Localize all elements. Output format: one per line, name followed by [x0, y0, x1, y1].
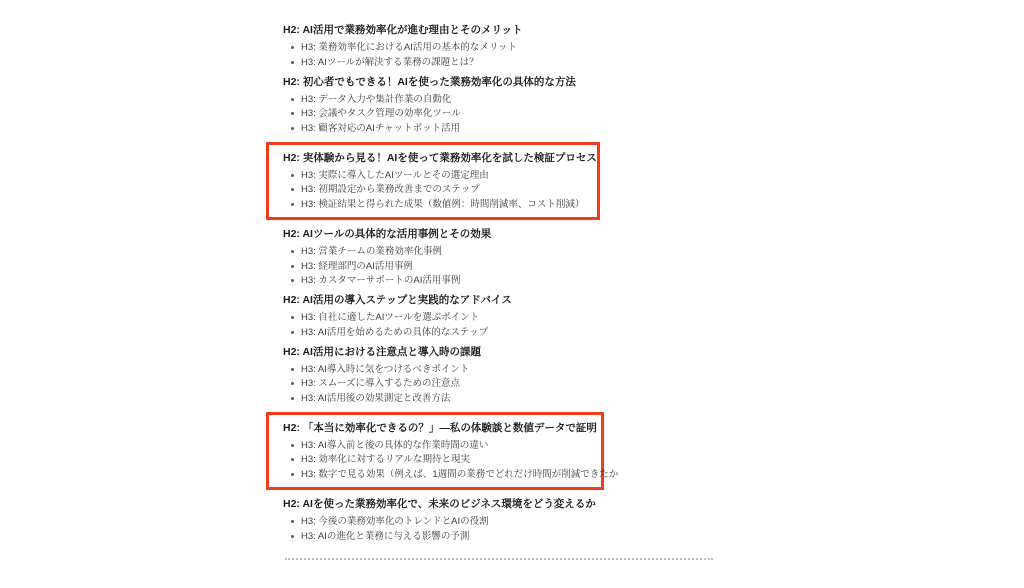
- h3-item: H3: データ入力や集計作業の自動化: [283, 94, 723, 105]
- bullet-icon: [291, 250, 294, 253]
- bullet-icon: [291, 458, 294, 461]
- h3-item: H3: 業務効率化におけるAI活用の基本的なメリット: [283, 42, 723, 53]
- bullet-icon: [291, 316, 294, 319]
- h3-text: H3: 今後の業務効率化のトレンドとAIの役割: [301, 516, 489, 527]
- h3-text: H3: 効率化に対するリアルな期待と現実: [301, 454, 470, 465]
- bullet-icon: [291, 174, 294, 177]
- h2-heading: H2: 「本当に効率化できるの？」—私の体験談と数値データで証明: [283, 422, 593, 435]
- h3-item: H3: 実際に導入したAIツールとその選定理由: [283, 170, 589, 181]
- bullet-icon: [291, 382, 294, 385]
- h3-text: H3: AI活用を始めるための具体的なステップ: [301, 327, 488, 338]
- bullet-icon: [291, 112, 294, 115]
- bullet-icon: [291, 397, 294, 400]
- h3-item: H3: AI活用後の効果測定と改善方法: [283, 393, 723, 404]
- h3-item: H3: AI活用を始めるための具体的なステップ: [283, 327, 723, 338]
- h3-item: H3: 顧客対応のAIチャットボット活用: [283, 123, 723, 134]
- h3-item: H3: 初期設定から業務改善までのステップ: [283, 184, 589, 195]
- h3-text: H3: 実際に導入したAIツールとその選定理由: [301, 170, 489, 181]
- h3-list: H3: 業務効率化におけるAI活用の基本的なメリット H3: AIツールが解決す…: [283, 42, 723, 68]
- bullet-icon: [291, 279, 294, 282]
- h3-item: H3: 今後の業務効率化のトレンドとAIの役割: [283, 516, 723, 527]
- h3-item: H3: AIの進化と業務に与える影響の予測: [283, 531, 723, 542]
- h3-text: H3: データ入力や集計作業の自動化: [301, 94, 451, 105]
- bullet-icon: [291, 46, 294, 49]
- h3-text: H3: 業務効率化におけるAI活用の基本的なメリット: [301, 42, 517, 53]
- h3-item: H3: 数字で見る効果（例えば、1週間の業務でどれだけ時間が削減できたか: [283, 469, 593, 480]
- h2-heading: H2: AI活用における注意点と導入時の課題: [283, 346, 723, 359]
- bullet-icon: [291, 127, 294, 130]
- h3-list: H3: 自社に適したAIツールを選ぶポイント H3: AI活用を始めるための具体…: [283, 312, 723, 338]
- outline-section-4: H2: AIツールの具体的な活用事例とその効果 H3: 営業チームの業務効率化事…: [283, 228, 723, 286]
- h2-heading: H2: AIツールの具体的な活用事例とその効果: [283, 228, 723, 241]
- h3-item: H3: 経理部門のAI活用事例: [283, 261, 723, 272]
- dotted-divider: [285, 558, 713, 560]
- h3-list: H3: 実際に導入したAIツールとその選定理由 H3: 初期設定から業務改善まで…: [283, 170, 589, 210]
- bullet-icon: [291, 203, 294, 206]
- bullet-icon: [291, 444, 294, 447]
- h2-heading: H2: 初心者でもできる！AIを使った業務効率化の具体的な方法: [283, 76, 723, 89]
- h3-item: H3: AIツールが解決する業務の課題とは？: [283, 57, 723, 68]
- bullet-icon: [291, 188, 294, 191]
- h3-item: H3: 効率化に対するリアルな期待と現実: [283, 454, 593, 465]
- h3-item: H3: スムーズに導入するための注意点: [283, 378, 723, 389]
- h3-item: H3: 会議やタスク管理の効率化ツール: [283, 108, 723, 119]
- h3-list: H3: 営業チームの業務効率化事例 H3: 経理部門のAI活用事例 H3: カス…: [283, 246, 723, 286]
- bullet-icon: [291, 265, 294, 268]
- outline-section-3-highlighted: H2: 実体験から見る！AIを使って業務効率化を試した検証プロセス H3: 実際…: [266, 142, 600, 221]
- bullet-icon: [291, 368, 294, 371]
- bullet-icon: [291, 473, 294, 476]
- h3-text: H3: 初期設定から業務改善までのステップ: [301, 184, 480, 195]
- h3-text: H3: AI導入時に気をつけるべきポイント: [301, 364, 469, 375]
- h3-item: H3: 営業チームの業務効率化事例: [283, 246, 723, 257]
- outline-section-8: H2: AIを使った業務効率化で、未来のビジネス環境をどう変えるか H3: 今後…: [283, 498, 723, 542]
- h2-heading: H2: AI活用の導入ステップと実践的なアドバイス: [283, 294, 723, 307]
- h3-text: H3: AIの進化と業務に与える影響の予測: [301, 531, 469, 542]
- h3-item: H3: カスタマーサポートのAI活用事例: [283, 275, 723, 286]
- h2-heading: H2: AI活用で業務効率化が進む理由とそのメリット: [283, 24, 723, 37]
- h3-text: H3: AI活用後の効果測定と改善方法: [301, 393, 450, 404]
- bullet-icon: [291, 98, 294, 101]
- h3-text: H3: 顧客対応のAIチャットボット活用: [301, 123, 460, 134]
- document-page: H2: AI活用で業務効率化が進む理由とそのメリット H3: 業務効率化における…: [0, 0, 1024, 588]
- bullet-icon: [291, 535, 294, 538]
- h3-text: H3: AI導入前と後の具体的な作業時間の違い: [301, 440, 488, 451]
- h3-text: H3: AIツールが解決する業務の課題とは？: [301, 57, 479, 68]
- h3-text: H3: スムーズに導入するための注意点: [301, 378, 460, 389]
- h3-item: H3: AI導入時に気をつけるべきポイント: [283, 364, 723, 375]
- h3-list: H3: AI導入前と後の具体的な作業時間の違い H3: 効率化に対するリアルな期…: [283, 440, 593, 480]
- h3-text: H3: 営業チームの業務効率化事例: [301, 246, 442, 257]
- h3-list: H3: データ入力や集計作業の自動化 H3: 会議やタスク管理の効率化ツール H…: [283, 94, 723, 134]
- h3-text: H3: 数字で見る効果（例えば、1週間の業務でどれだけ時間が削減できたか: [301, 469, 618, 480]
- outline-section-6: H2: AI活用における注意点と導入時の課題 H3: AI導入時に気をつけるべき…: [283, 346, 723, 404]
- h3-list: H3: 今後の業務効率化のトレンドとAIの役割 H3: AIの進化と業務に与える…: [283, 516, 723, 542]
- h3-text: H3: 検証結果と得られた成果（数値例：時間削減率、コスト削減）: [301, 199, 584, 210]
- h3-text: H3: 自社に適したAIツールを選ぶポイント: [301, 312, 479, 323]
- bullet-icon: [291, 331, 294, 334]
- outline-section-1: H2: AI活用で業務効率化が進む理由とそのメリット H3: 業務効率化における…: [283, 24, 723, 68]
- outline-section-7-highlighted: H2: 「本当に効率化できるの？」—私の体験談と数値データで証明 H3: AI導…: [266, 412, 604, 491]
- h3-text: H3: 会議やタスク管理の効率化ツール: [301, 108, 461, 119]
- h3-item: H3: 自社に適したAIツールを選ぶポイント: [283, 312, 723, 323]
- bullet-icon: [291, 520, 294, 523]
- h2-heading: H2: AIを使った業務効率化で、未来のビジネス環境をどう変えるか: [283, 498, 723, 511]
- h2-heading: H2: 実体験から見る！AIを使って業務効率化を試した検証プロセス: [283, 152, 589, 165]
- outline-section-2: H2: 初心者でもできる！AIを使った業務効率化の具体的な方法 H3: データ入…: [283, 76, 723, 134]
- outline-section-5: H2: AI活用の導入ステップと実践的なアドバイス H3: 自社に適したAIツー…: [283, 294, 723, 338]
- h3-text: H3: カスタマーサポートのAI活用事例: [301, 275, 460, 286]
- article-outline: H2: AI活用で業務効率化が進む理由とそのメリット H3: 業務効率化における…: [283, 24, 723, 560]
- h3-item: H3: AI導入前と後の具体的な作業時間の違い: [283, 440, 593, 451]
- h3-list: H3: AI導入時に気をつけるべきポイント H3: スムーズに導入するための注意…: [283, 364, 723, 404]
- h3-text: H3: 経理部門のAI活用事例: [301, 261, 413, 272]
- h3-item: H3: 検証結果と得られた成果（数値例：時間削減率、コスト削減）: [283, 199, 589, 210]
- bullet-icon: [291, 61, 294, 64]
